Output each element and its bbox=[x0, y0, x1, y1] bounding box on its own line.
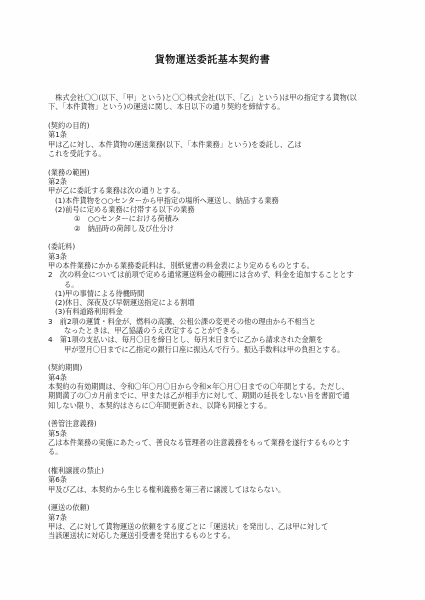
contract-text-line: 甲が乙に委託する業務は次の通りとする。 bbox=[48, 186, 385, 195]
preamble: 株式会社〇〇(以下、「甲」という)と〇〇株式会社(以下、「乙」という)は甲の指定… bbox=[48, 93, 385, 112]
contract-clause-line: 3 前2項の運賃・料金が、燃料の高騰、公租公課の変更その他の理由から不相当と bbox=[48, 317, 385, 326]
contract-list-item: (1)本件貨物を○○センターから甲指定の場所へ運送し、納品する業務 bbox=[48, 196, 385, 205]
contract-document-page: 貨物運送委託基本契約書 株式会社〇〇(以下、「甲」という)と〇〇株式会社(以下、… bbox=[0, 0, 425, 600]
contract-text-line: 当該運送状に対応した運送引受書を発出するものとする。 bbox=[48, 531, 385, 540]
article-number: 第6条 bbox=[48, 475, 385, 484]
article-number: 第3条 bbox=[48, 252, 385, 261]
section-scope: (業務の範囲) 第2条 甲が乙に委託する業務は次の通りとする。 (1)本件貨物を… bbox=[48, 168, 385, 233]
section-term: (契約期間) 第4条 本契約の有効期間は、令和〇年〇月〇日から令和×年〇月〇日ま… bbox=[48, 363, 385, 409]
section-duty-of-care: (善管注意義務) 第5条 乙は本件業務の実施にあたって、善良なる管理者の注意義務… bbox=[48, 419, 385, 456]
section-heading: (契約の目的) bbox=[48, 121, 385, 130]
contract-clause-line: 4 第1項の支払いは、毎月〇日を締日とし、毎月末日までに乙から請求された金額を bbox=[48, 335, 385, 344]
contract-text-line: 甲の本件業務にかかる業務委託料は、別紙覚書の料金表により定めるものとする。 bbox=[48, 261, 385, 270]
section-purpose: (契約の目的) 第1条 甲は乙に対し、本件貨物の運送業務(以下、「本件業務」とい… bbox=[48, 121, 385, 158]
article-number: 第4条 bbox=[48, 373, 385, 382]
contract-text-line: 甲及び乙は、本契約から生じる権利義務を第三者に譲渡してはならない。 bbox=[48, 485, 385, 494]
preamble-line: 下、「本件貨物」という)の運送に関し、本日以下の通り契約を締結する。 bbox=[48, 102, 385, 111]
contract-sublist-item: ① ○○センターにおける荷積み bbox=[48, 214, 385, 223]
section-fees: (委託料) 第3条 甲の本件業務にかかる業務委託料は、別紙覚書の料金表により定め… bbox=[48, 242, 385, 354]
section-no-assignment: (権利譲渡の禁止) 第6条 甲及び乙は、本契約から生じる権利義務を第三者に譲渡し… bbox=[48, 466, 385, 494]
contract-clause-line: 2 次の料金については前項で定める通常運送料金の範囲には含めず、料金を追加するこ… bbox=[48, 270, 385, 279]
section-heading: (運送の依頼) bbox=[48, 503, 385, 512]
article-number: 第5条 bbox=[48, 429, 385, 438]
article-number: 第1条 bbox=[48, 130, 385, 139]
contract-text-line: 甲は、乙に対して貨物運送の依頼をする度ごとに「運送状」を発出し、乙は甲に対して bbox=[48, 522, 385, 531]
contract-sublist-item: ② 納品時の荷卸し及び仕分け bbox=[48, 224, 385, 233]
contract-clause-continuation: 甲が翌月〇日までに乙指定の銀行口座に振込んで行う。振込手数料は甲の負担とする。 bbox=[48, 345, 385, 354]
contract-list-item: (1)甲の事情による待機時間 bbox=[48, 289, 385, 298]
contract-list-item: (2)休日、深夜及び早朝運送指定による割増 bbox=[48, 298, 385, 307]
contract-text-line: 本契約の有効期間は、令和〇年〇月〇日から令和×年〇月〇日までの〇年間とする。ただ… bbox=[48, 382, 385, 391]
contract-clause-continuation: る。 bbox=[48, 280, 385, 289]
contract-text-line: る。 bbox=[48, 447, 385, 456]
contract-list-item: (2)前号に定める業務に付帯する以下の業務 bbox=[48, 205, 385, 214]
section-heading: (業務の範囲) bbox=[48, 168, 385, 177]
document-body: 株式会社〇〇(以下、「甲」という)と〇〇株式会社(以下、「乙」という)は甲の指定… bbox=[0, 66, 425, 541]
contract-text-line: 甲は乙に対し、本件貨物の運送業務(以下、「本件業務」という)を委託し、乙は bbox=[48, 140, 385, 149]
contract-clause-continuation: なったときは、甲乙協議のうえ改定することができる。 bbox=[48, 326, 385, 335]
document-title: 貨物運送委託基本契約書 bbox=[0, 0, 425, 66]
contract-text-line: 知しない限り、本契約はさらに〇年間更新され、以降も同様とする。 bbox=[48, 401, 385, 410]
contract-text-line: これを受託する。 bbox=[48, 149, 385, 158]
section-heading: (契約期間) bbox=[48, 363, 385, 372]
article-number: 第2条 bbox=[48, 177, 385, 186]
section-transport-request: (運送の依頼) 第7条 甲は、乙に対して貨物運送の依頼をする度ごとに「運送状」を… bbox=[48, 503, 385, 540]
contract-list-item: (3)有料道路利用料金 bbox=[48, 307, 385, 316]
section-heading: (委託料) bbox=[48, 242, 385, 251]
section-heading: (権利譲渡の禁止) bbox=[48, 466, 385, 475]
section-heading: (善管注意義務) bbox=[48, 419, 385, 428]
contract-text-line: 期間満了の〇カ月前までに、甲または乙が相手方に対して、期間の延長をしない旨を書面… bbox=[48, 391, 385, 400]
contract-text-line: 乙は本件業務の実施にあたって、善良なる管理者の注意義務をもって業務を遂行するもの… bbox=[48, 438, 385, 447]
preamble-line: 株式会社〇〇(以下、「甲」という)と〇〇株式会社(以下、「乙」という)は甲の指定… bbox=[48, 93, 385, 102]
article-number: 第7条 bbox=[48, 513, 385, 522]
